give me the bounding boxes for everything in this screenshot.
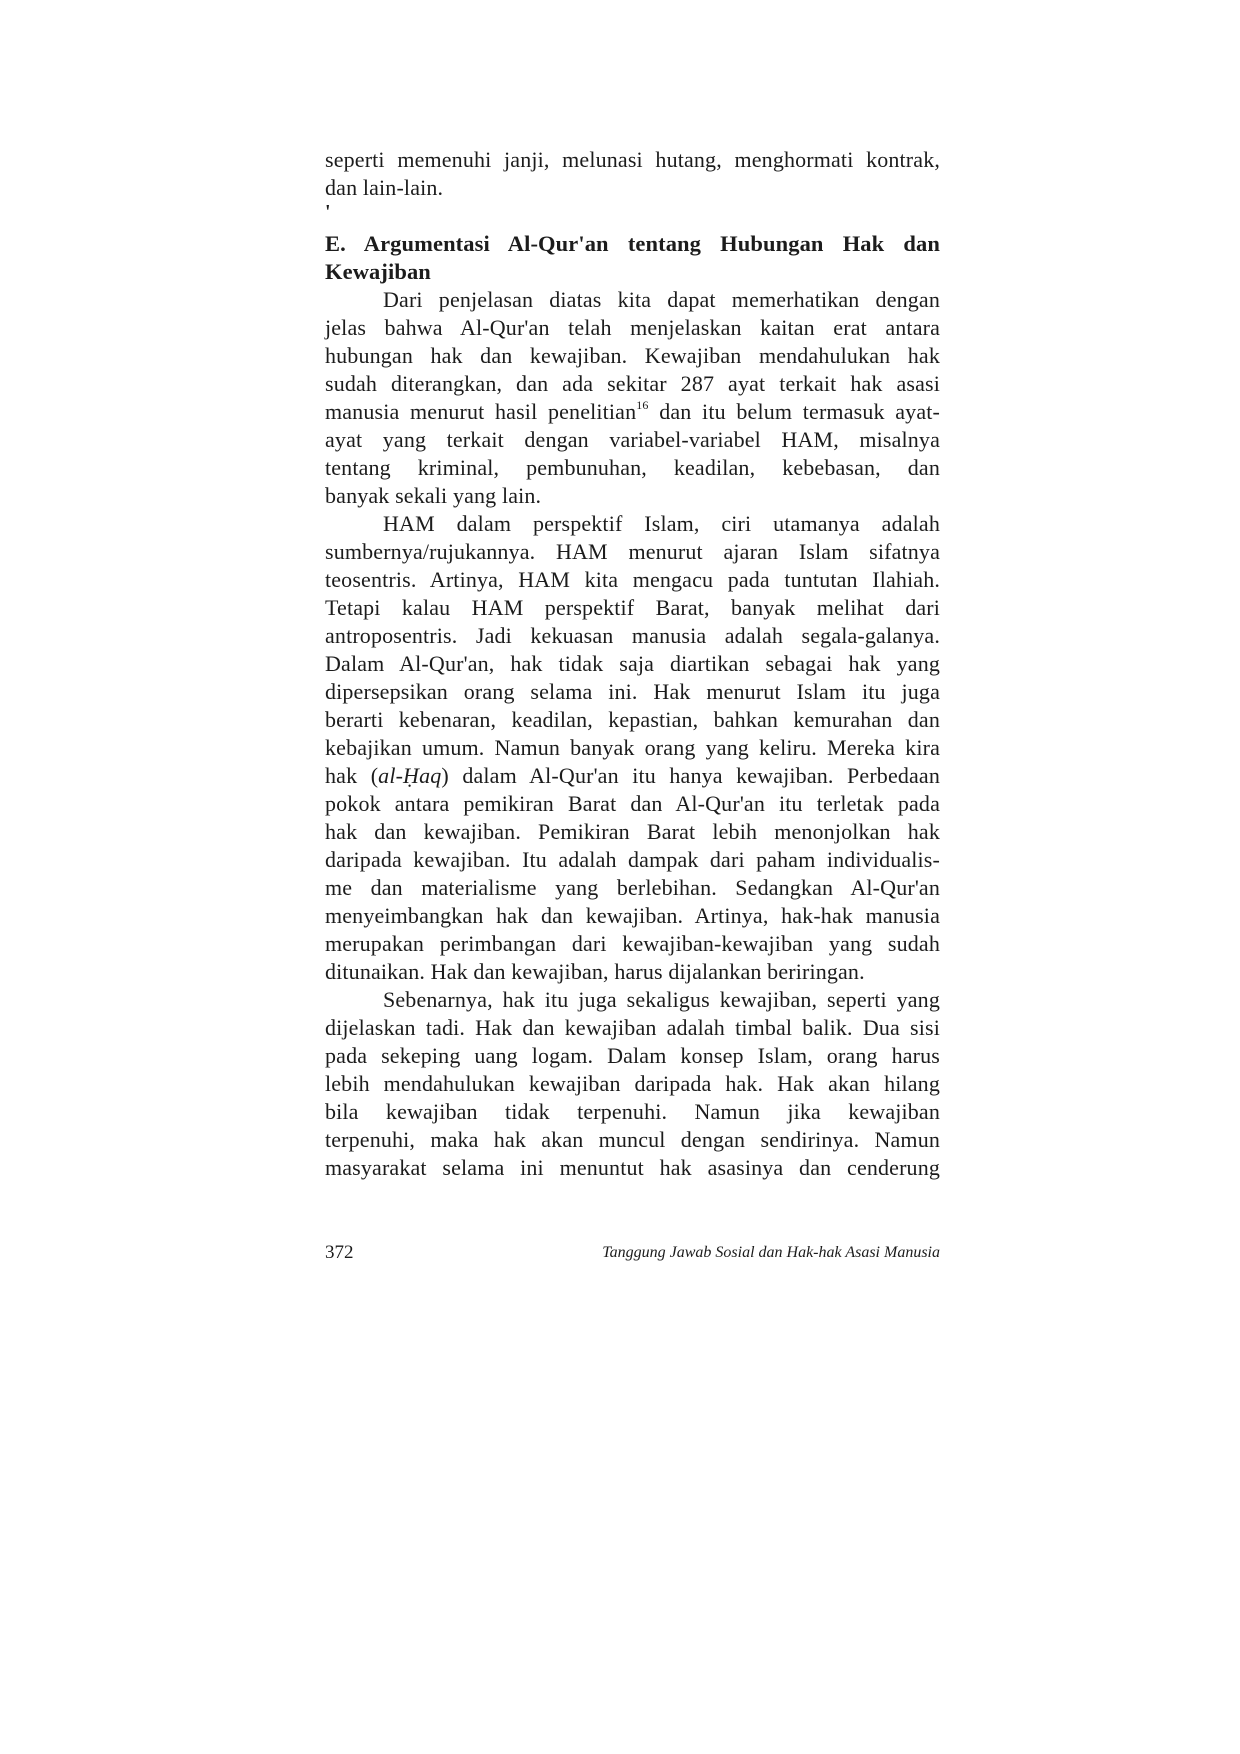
paragraph-3: Sebenarnya, hak itu juga sekaligus kewaj… [325,986,940,1182]
text-line: dan lain-lain. [325,174,940,202]
text-line: Dari penjelasan diatas kita dapat memerh… [325,286,940,314]
text-line: daripada kewajiban. Itu adalah dampak da… [325,846,940,874]
text-line: dipersepsikan orang selama ini. Hak menu… [325,678,940,706]
italic-term: al-Ḥaq [378,763,441,788]
text-line: pokok antara pemikiran Barat dan Al-Qur'… [325,790,940,818]
text-line: banyak sekali yang lain. [325,482,940,510]
document-page: seperti memenuhi janji, melunasi hutang,… [0,0,1240,1754]
text-line: sudah diterangkan, dan ada sekitar 287 a… [325,370,940,398]
text-line: merupakan perimbangan dari kewajiban-kew… [325,930,940,958]
paragraph-1: Dari penjelasan diatas kita dapat memerh… [325,286,940,510]
text-line: masyarakat selama ini menuntut hak asasi… [325,1154,940,1182]
text-line: ayat yang terkait dengan variabel-variab… [325,426,940,454]
text-fragment: ) dalam Al-Qur'an itu hanya kewajiban. P… [441,763,940,788]
text-line: terpenuhi, maka hak akan muncul dengan s… [325,1126,940,1154]
text-line-with-italic-term: hak (al-Ḥaq) dalam Al-Qur'an itu hanya k… [325,762,940,790]
text-line: Sebenarnya, hak itu juga sekaligus kewaj… [325,986,940,1014]
page-number: 372 [325,1242,354,1264]
text-line: jelas bahwa Al-Qur'an telah menjelaskan … [325,314,940,342]
text-line: lebih mendahulukan kewajiban daripada ha… [325,1070,940,1098]
text-line: seperti memenuhi janji, melunasi hutang,… [325,146,940,174]
text-line: HAM dalam perspektif Islam, ciri utamany… [325,510,940,538]
text-line: Tetapi kalau HAM perspektif Barat, banya… [325,594,940,622]
section-heading: E. Argumentasi Al-Qur'an tentang Hubunga… [325,230,940,286]
text-line: ditunaikan. Hak dan kewajiban, harus dij… [325,958,940,986]
stray-apostrophe-mark: ' [325,202,940,230]
intro-fragment: seperti memenuhi janji, melunasi hutang,… [325,146,940,202]
body-text-column: seperti memenuhi janji, melunasi hutang,… [325,146,940,1182]
text-line: antroposentris. Jadi kekuasan manusia ad… [325,622,940,650]
text-line: berarti kebenaran, keadilan, kepastian, … [325,706,940,734]
text-line: kebajikan umum. Namun banyak orang yang … [325,734,940,762]
text-line: me dan materialisme yang berlebihan. Sed… [325,874,940,902]
paragraph-2: HAM dalam perspektif Islam, ciri utamany… [325,510,940,986]
section-heading-line-2: Kewajiban [325,258,940,286]
text-line: tentang kriminal, pembunuhan, keadilan, … [325,454,940,482]
text-line: teosentris. Artinya, HAM kita mengacu pa… [325,566,940,594]
text-fragment: hak ( [325,763,378,788]
text-line: menyeimbangkan hak dan kewajiban. Artiny… [325,902,940,930]
footnote-reference[interactable]: 16 [636,398,648,412]
text-fragment: dan itu belum termasuk ayat- [649,399,940,424]
text-line: sumbernya/rujukannya. HAM menurut ajaran… [325,538,940,566]
page-footer: 372 Tanggung Jawab Sosial dan Hak-hak As… [325,1240,940,1266]
text-line: pada sekeping uang logam. Dalam konsep I… [325,1042,940,1070]
text-line-with-footnote: manusia menurut hasil penelitian16 dan i… [325,398,940,426]
text-line: bila kewajiban tidak terpenuhi. Namun ji… [325,1098,940,1126]
text-fragment: manusia menurut hasil penelitian [325,399,636,424]
text-line: hubungan hak dan kewajiban. Kewajiban me… [325,342,940,370]
running-title: Tanggung Jawab Sosial dan Hak-hak Asasi … [602,1244,940,1262]
text-line: Dalam Al-Qur'an, hak tidak saja diartika… [325,650,940,678]
text-line: dijelaskan tadi. Hak dan kewajiban adala… [325,1014,940,1042]
text-line: hak dan kewajiban. Pemikiran Barat lebih… [325,818,940,846]
section-heading-line-1: E. Argumentasi Al-Qur'an tentang Hubunga… [325,230,940,258]
